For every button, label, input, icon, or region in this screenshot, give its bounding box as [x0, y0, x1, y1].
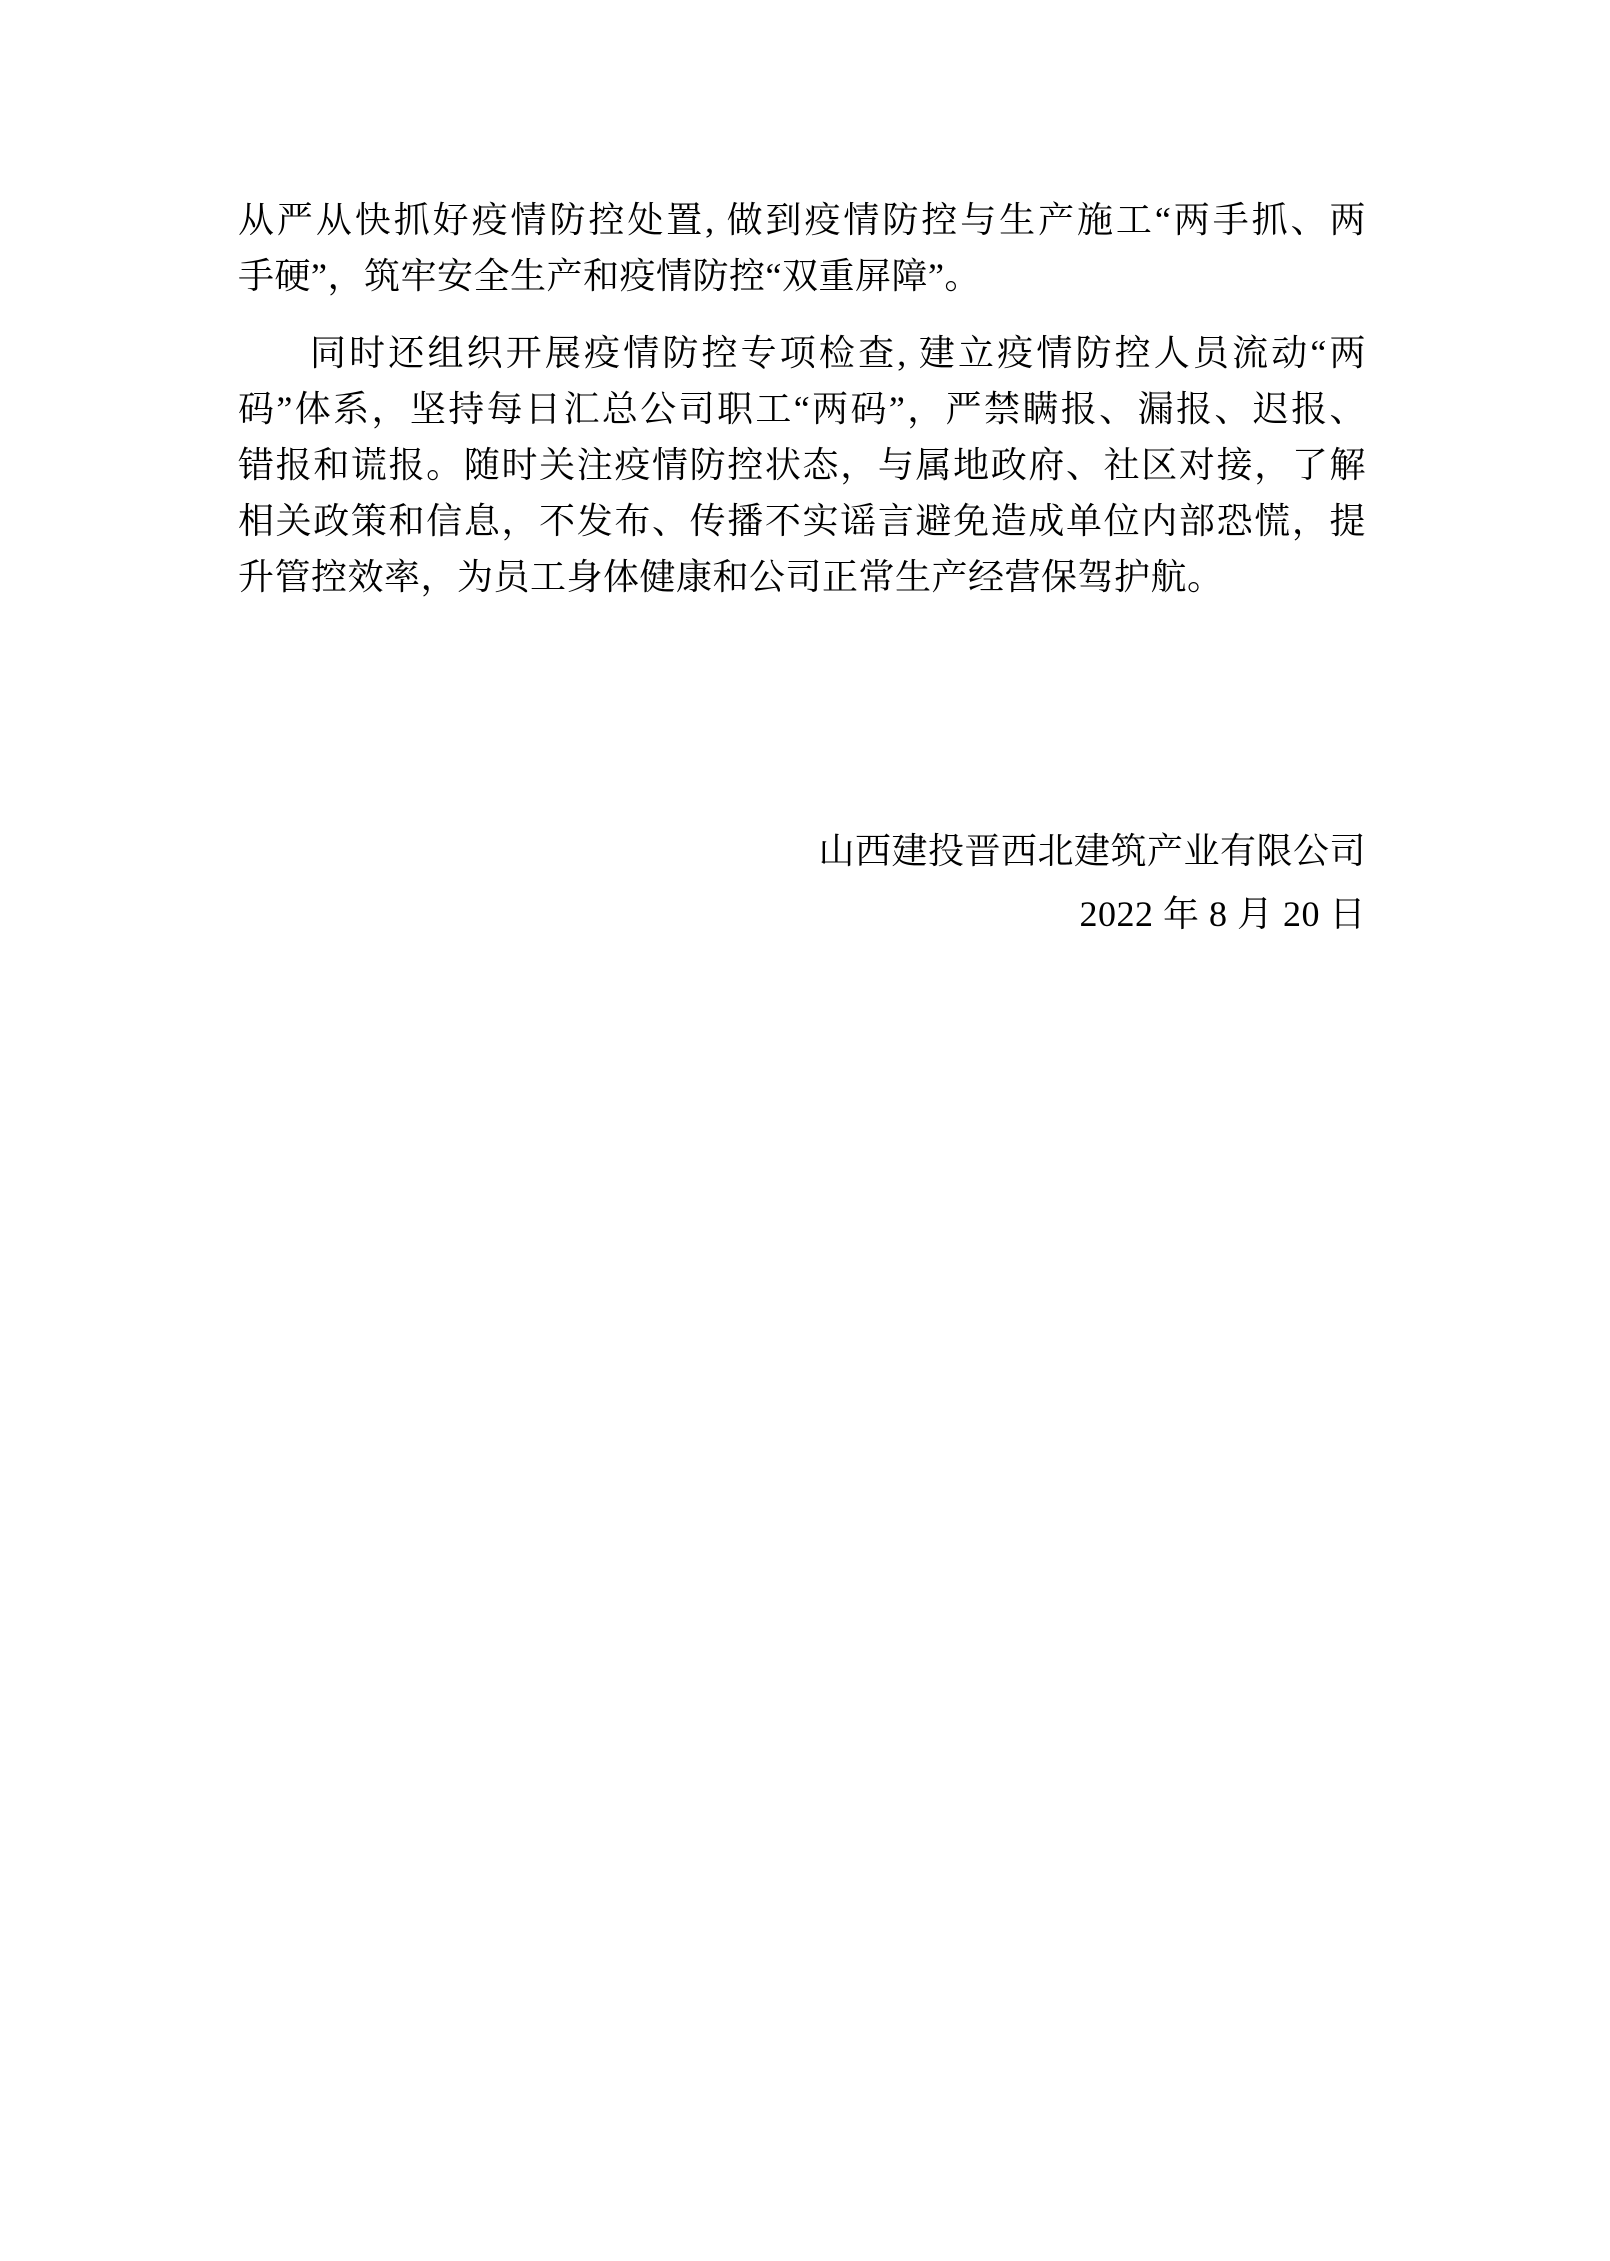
paragraph-continuation: 从严从快抓好疫情防控处置, 做到疫情防控与生产施工“两手抓、两 手硬”，筑牢安全…	[238, 192, 1366, 304]
body-line: 错报和谎报。随时关注疫情防控状态，与属地政府、社区对接，了解	[238, 437, 1366, 493]
signature-company: 山西建投晋西北建筑产业有限公司	[238, 820, 1366, 883]
document-page: 从严从快抓好疫情防控处置, 做到疫情防控与生产施工“两手抓、两 手硬”，筑牢安全…	[0, 0, 1610, 2261]
body-line: 手硬”，筑牢安全生产和疫情防控“双重屏障”。	[238, 248, 1366, 304]
body-text: 从严从快抓好疫情防控处置, 做到疫情防控与生产施工“两手抓、两 手硬”，筑牢安全…	[238, 192, 1366, 605]
signature-date: 2022 年 8 月 20 日	[238, 883, 1366, 946]
body-line: 码”体系，坚持每日汇总公司职工“两码”，严禁瞒报、漏报、迟报、	[238, 381, 1366, 437]
paragraph-inspection: 同时还组织开展疫情防控专项检查, 建立疫情防控人员流动“两 码”体系，坚持每日汇…	[238, 325, 1366, 605]
body-line: 同时还组织开展疫情防控专项检查, 建立疫情防控人员流动“两	[238, 325, 1366, 381]
signature-block: 山西建投晋西北建筑产业有限公司 2022 年 8 月 20 日	[238, 820, 1366, 946]
body-line: 升管控效率，为员工身体健康和公司正常生产经营保驾护航。	[238, 549, 1366, 605]
body-line: 相关政策和信息，不发布、传播不实谣言避免造成单位内部恐慌，提	[238, 493, 1366, 549]
body-line: 从严从快抓好疫情防控处置, 做到疫情防控与生产施工“两手抓、两	[238, 192, 1366, 248]
